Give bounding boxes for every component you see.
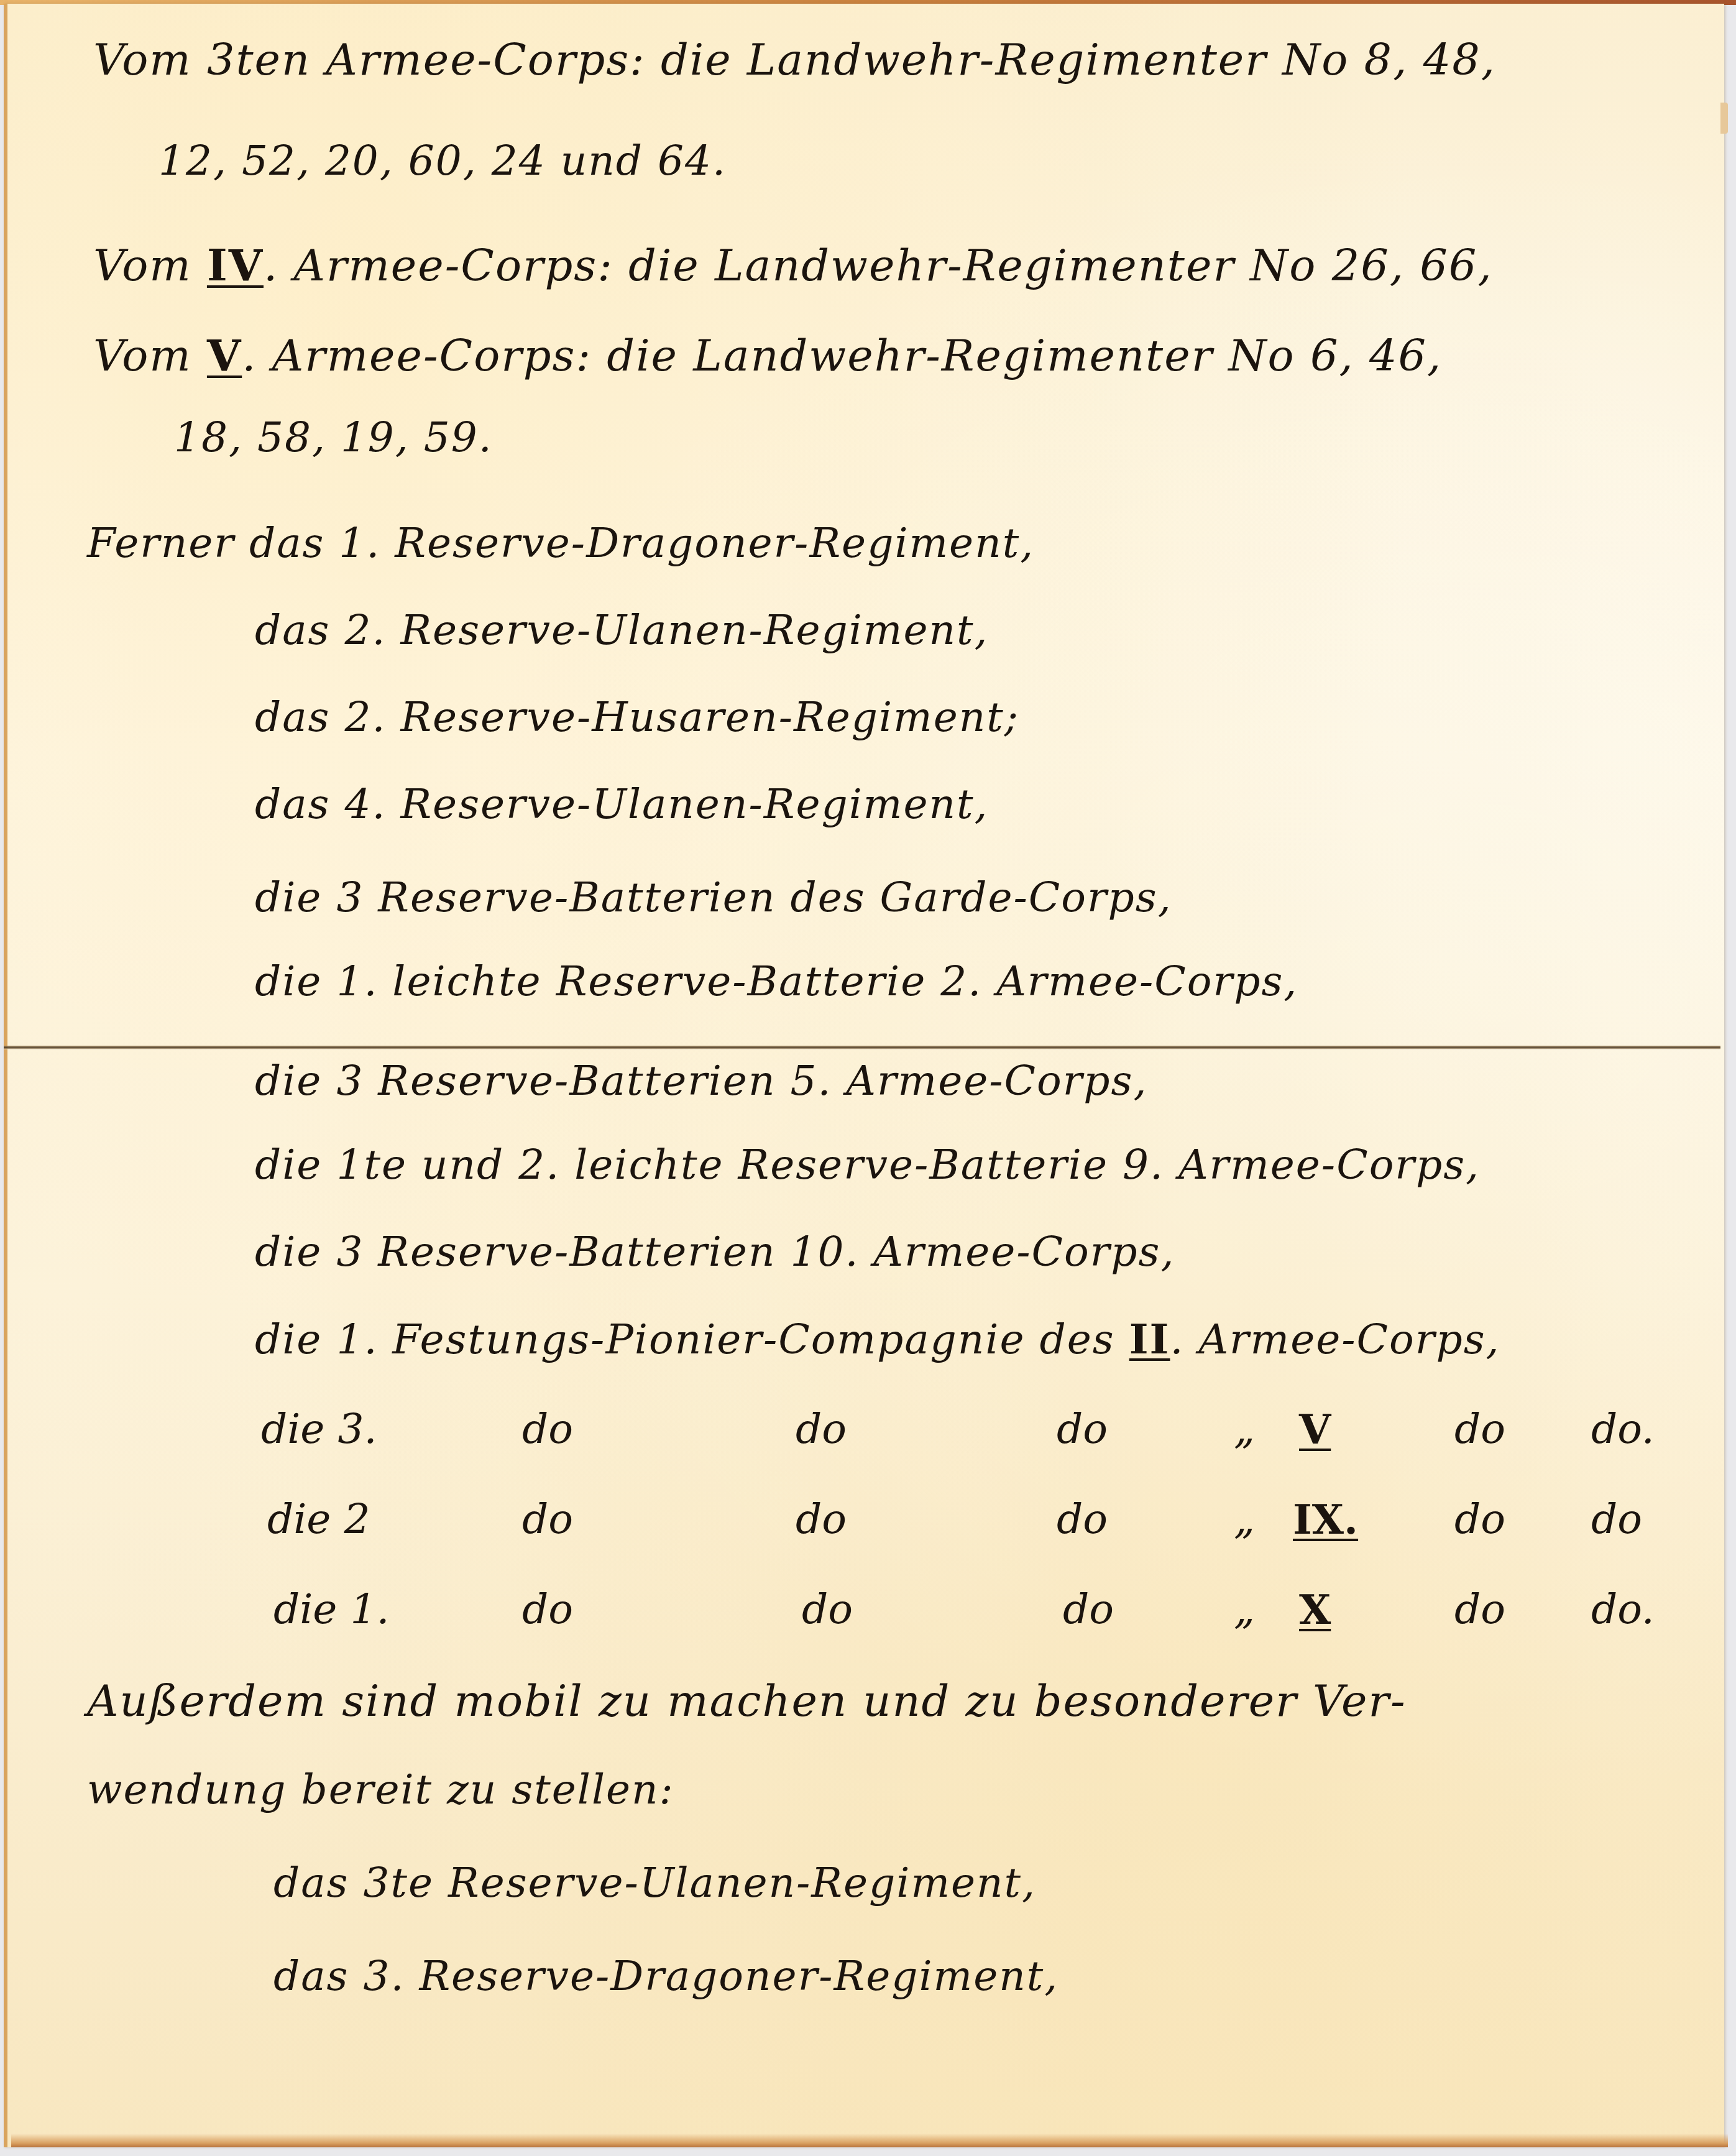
text-line-closing-4: das 3. Reserve-Dragoner-Regiment, [273, 1952, 1059, 2000]
ditto-mark: do [522, 1585, 573, 1633]
text-line-11: die 1. leichte Reserve-Batterie 2. Armee… [255, 957, 1298, 1005]
text-line-7: das 2. Reserve-Ulanen-Regiment, [255, 606, 989, 654]
text-line-8: das 2. Reserve-Husaren-Regiment; [255, 693, 1019, 741]
row-label: die 1. [273, 1585, 389, 1633]
text-line-closing-2: wendung bereit zu stellen: [87, 1766, 674, 1813]
text-line-10: die 3 Reserve-Batterien des Garde-Corps, [255, 873, 1172, 921]
text-line-12: die 3 Reserve-Batterien 5. Armee-Corps, [255, 1057, 1147, 1105]
ditto-dash: „ [1234, 1405, 1255, 1453]
text-line-1: Vom 3ten Armee-Corps: die Landwehr-Regim… [93, 34, 1496, 85]
fold-crease [4, 1046, 1720, 1049]
text-line-14: die 3 Reserve-Batterien 10. Armee-Corps, [255, 1228, 1175, 1276]
roman-numeral: X [1299, 1585, 1331, 1634]
line-prefix: Vom [93, 330, 207, 381]
ditto-mark: do [1454, 1405, 1505, 1453]
text-line-3: Vom IV. Armee-Corps: die Landwehr-Regime… [93, 239, 1493, 291]
text-line-5: 18, 58, 19, 59. [174, 413, 493, 461]
line-rest: . Armee-Corps, [1170, 1315, 1500, 1363]
ditto-mark: do [1591, 1495, 1642, 1543]
text-line-2: 12, 52, 20, 60, 24 und 64. [158, 137, 727, 185]
ditto-mark: do [802, 1585, 853, 1633]
roman-numeral: IX. [1293, 1495, 1358, 1544]
line-prefix: Vom [93, 240, 207, 291]
row-label: die 2 [267, 1495, 370, 1543]
text-line-closing-1: Außerdem sind mobil zu machen und zu bes… [87, 1675, 1407, 1726]
line-rest: . Armee-Corps: die Landwehr-Regimenter N… [242, 330, 1442, 381]
text-line-4: Vom V. Armee-Corps: die Landwehr-Regimen… [93, 329, 1442, 381]
ditto-mark: do [796, 1405, 847, 1453]
text-line-closing-3: das 3te Reserve-Ulanen-Regiment, [273, 1859, 1036, 1907]
page-bottom-stain [11, 2134, 1728, 2147]
roman-numeral-v: V [207, 329, 242, 381]
ditto-mark: do [1063, 1585, 1114, 1633]
roman-numeral-ii: II [1129, 1315, 1170, 1363]
text-line-13: die 1te und 2. leichte Reserve-Batterie … [255, 1141, 1480, 1189]
ditto-mark: do [1057, 1405, 1108, 1453]
ditto-mark: do [1454, 1585, 1505, 1633]
ditto-mark: do [522, 1495, 573, 1543]
text-line-15: die 1. Festungs-Pionier-Compagnie des II… [255, 1315, 1500, 1363]
ditto-mark: do [1454, 1495, 1505, 1543]
ditto-dash: „ [1234, 1585, 1255, 1633]
page-tab [1720, 103, 1728, 134]
ditto-mark: do [522, 1405, 573, 1453]
text-line-6: Ferner das 1. Reserve-Dragoner-Regiment, [87, 519, 1034, 567]
ditto-mark: do. [1591, 1585, 1655, 1633]
ditto-mark: do. [1591, 1405, 1655, 1453]
ditto-mark: do [796, 1495, 847, 1543]
ditto-dash: „ [1234, 1495, 1255, 1543]
line-prefix: die 1. Festungs-Pionier-Compagnie des [255, 1315, 1129, 1363]
text-line-9: das 4. Reserve-Ulanen-Regiment, [255, 780, 989, 828]
roman-numeral: V [1299, 1405, 1331, 1453]
roman-numeral-iv: IV [207, 239, 264, 291]
ditto-mark: do [1057, 1495, 1108, 1543]
row-label: die 3. [261, 1405, 377, 1453]
line-rest: . Armee-Corps: die Landwehr-Regimenter N… [264, 240, 1493, 291]
